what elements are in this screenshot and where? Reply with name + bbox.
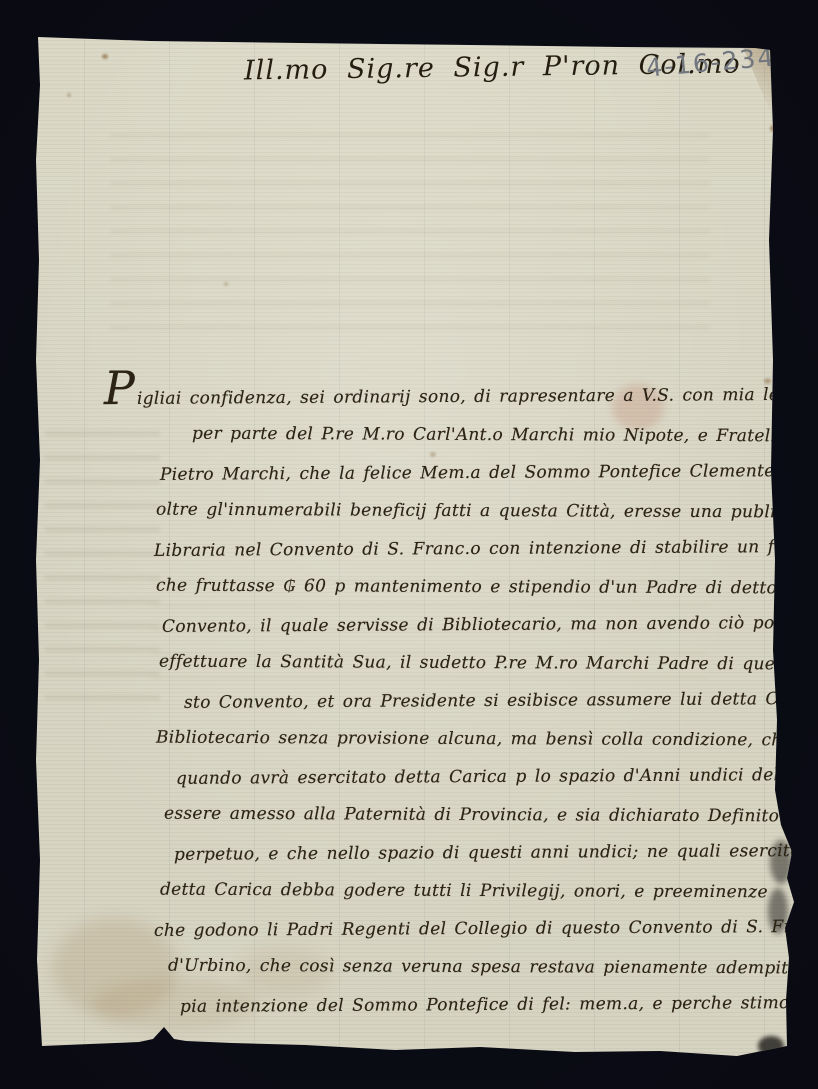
- manuscript-line-5: Libraria nel Convento di S. Franc.o con …: [154, 528, 784, 570]
- letter-body: Pigliai confidenza, sei ordinarij sono, …: [104, 372, 784, 1024]
- manuscript-line-2: per parte del P.re M.ro Carl'Ant.o March…: [192, 415, 784, 456]
- burn-mark-corner: [758, 1036, 784, 1056]
- foxing-spot: [224, 282, 228, 286]
- foxing-spot: [770, 125, 779, 132]
- manuscript-line-11: quando avrà esercitato detta Carica p lo…: [176, 756, 784, 798]
- manuscript-line-14: detta Carica debba godere tutti li Privi…: [160, 871, 784, 912]
- manuscript-line-10: Bibliotecario senza provisione alcuna, m…: [156, 719, 784, 760]
- manuscript-line-1: Pigliai confidenza, sei ordinarij sono, …: [104, 370, 784, 418]
- manuscript-line-17: pia intenzione del Sommo Pontefice di fe…: [180, 984, 784, 1026]
- manuscript-paper: Ill.mo Sig.re Sig.r P'ron Col.mo 4-16-23…: [0, 0, 818, 1089]
- manuscript-line-13: perpetuo, e che nello spazio di questi a…: [174, 832, 784, 874]
- foxing-spot: [67, 93, 71, 97]
- scan-background: Ill.mo Sig.re Sig.r P'ron Col.mo 4-16-23…: [0, 0, 818, 1089]
- manuscript-line-7: Convento, il quale servisse di Bibliotec…: [162, 604, 784, 646]
- foxing-spot: [102, 54, 108, 59]
- manuscript-line-3: Pietro Marchi, che la felice Mem.a del S…: [160, 452, 784, 494]
- manuscript-line-12: essere amesso alla Paternità di Provinci…: [164, 795, 784, 836]
- manuscript-line-6: che fruttasse ₲ 60 p mantenimento e stip…: [156, 567, 784, 608]
- manuscript-line-9: sto Convento, et ora Presidente si esibi…: [184, 680, 784, 722]
- manuscript-line-16: d'Urbino, che così senza veruna spesa re…: [168, 947, 784, 988]
- verso-text-showthrough: [110, 130, 710, 330]
- manuscript-line-8: effettuare la Santità Sua, il sudetto P.…: [159, 643, 784, 684]
- manuscript-line-15: che godono li Padri Regenti del Collegio…: [154, 908, 784, 950]
- manuscript-line-4: oltre gl'innumerabili beneficij fatti a …: [156, 491, 784, 532]
